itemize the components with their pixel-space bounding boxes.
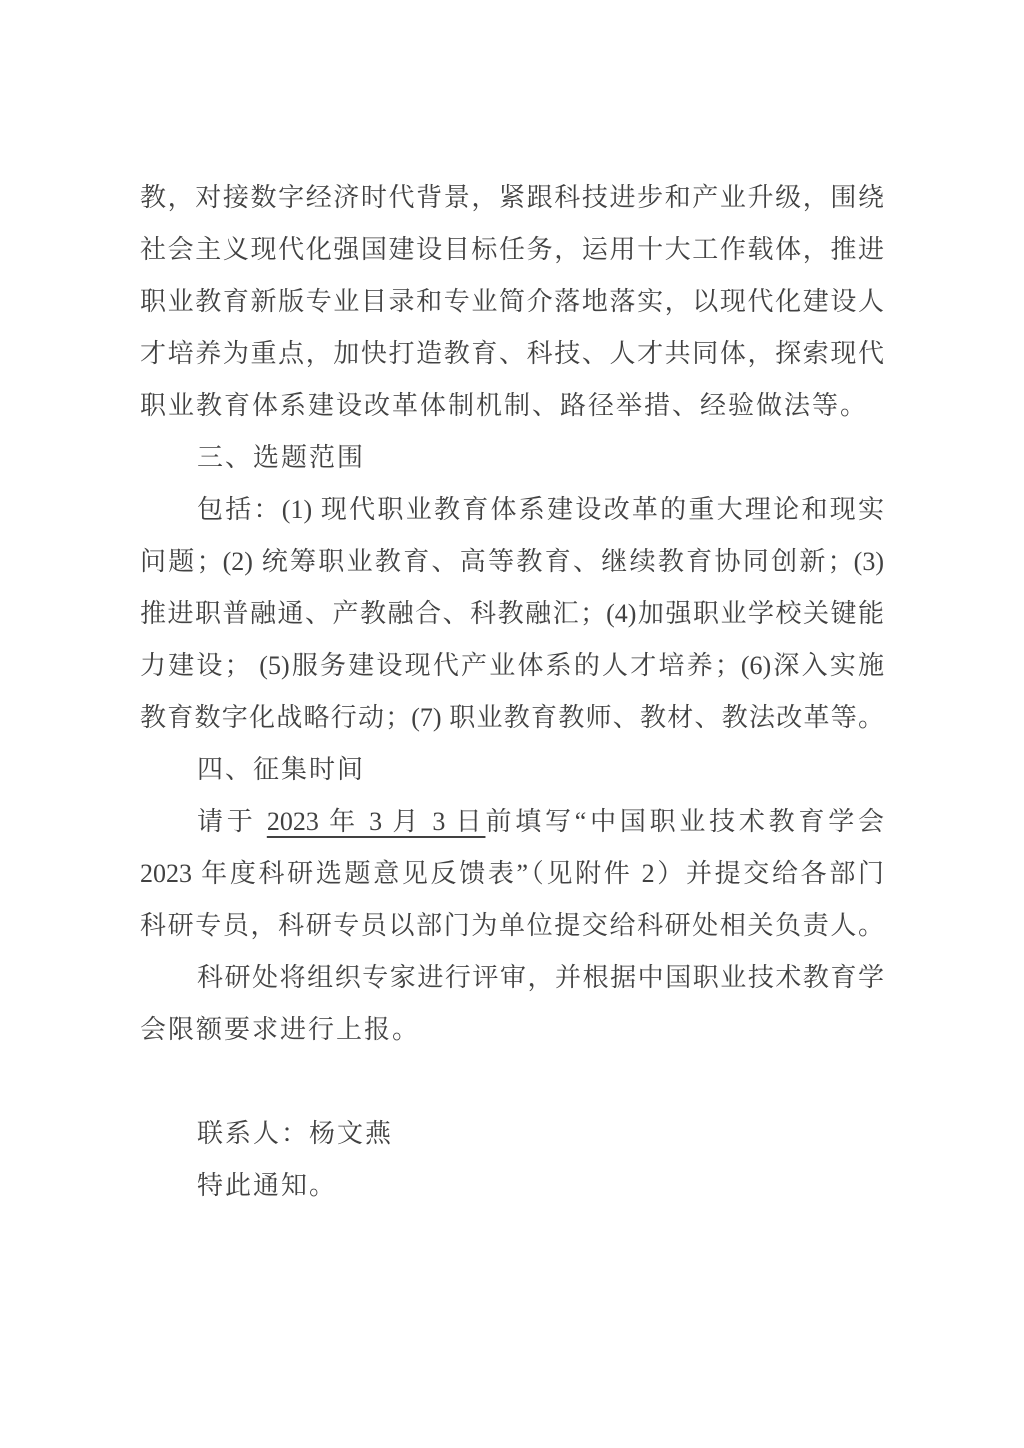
body-line: 推进职普融通、产教融合、科教融汇；(4)加强职业学校关键能 (140, 588, 884, 640)
deadline-sentence-line: 请于 2023 年 3 月 3 日前填写“中国职业技术教育学会 (140, 796, 884, 848)
notice-closing-line: 特此通知。 (140, 1160, 884, 1212)
deadline-prefix-text: 请于 (197, 807, 267, 836)
heading-section-3: 三、选题范围 (140, 432, 884, 484)
body-line: 职业教育新版专业目录和专业简介落地落实，以现代化建设人 (140, 276, 884, 328)
deadline-date-underlined: 2023 年 3 月 3 日 (267, 807, 486, 836)
heading-section-4: 四、征集时间 (140, 744, 884, 796)
paragraph-end-line: 职业教育体系建设改革体制机制、路径举措、经验做法等。 (140, 380, 884, 432)
paragraph-continuation-line: 教，对接数字经济时代背景，紧跟科技进步和产业升级，围绕 (140, 172, 884, 224)
paragraph-end-line: 会限额要求进行上报。 (140, 1004, 884, 1056)
body-line: 科研处将组织专家进行评审，并根据中国职业技术教育学 (140, 952, 884, 1004)
body-line: 包括：(1) 现代职业教育体系建设改革的重大理论和现实 (140, 484, 884, 536)
deadline-suffix-text: 前填写“中国职业技术教育学会 (485, 807, 884, 836)
document-page: 教，对接数字经济时代背景，紧跟科技进步和产业升级，围绕 社会主义现代化强国建设目… (0, 0, 1024, 1448)
body-line: 2023 年度科研选题意见反馈表”（见附件 2）并提交给各部门 (140, 848, 884, 900)
body-line: 社会主义现代化强国建设目标任务，运用十大工作载体，推进 (140, 224, 884, 276)
paragraph-end-line: 教育数字化战略行动；(7) 职业教育教师、教材、教法改革等。 (140, 692, 884, 744)
paragraph-end-line: 科研专员，科研专员以部门为单位提交给科研处相关负责人。 (140, 900, 884, 952)
body-line: 才培养为重点，加快打造教育、科技、人才共同体，探索现代 (140, 328, 884, 380)
blank-spacer-line (140, 1056, 884, 1108)
body-line: 力建设； (5)服务建设现代产业体系的人才培养；(6)深入实施 (140, 640, 884, 692)
body-line: 问题；(2) 统筹职业教育、高等教育、继续教育协同创新；(3) (140, 536, 884, 588)
contact-person-line: 联系人：杨文燕 (140, 1108, 884, 1160)
